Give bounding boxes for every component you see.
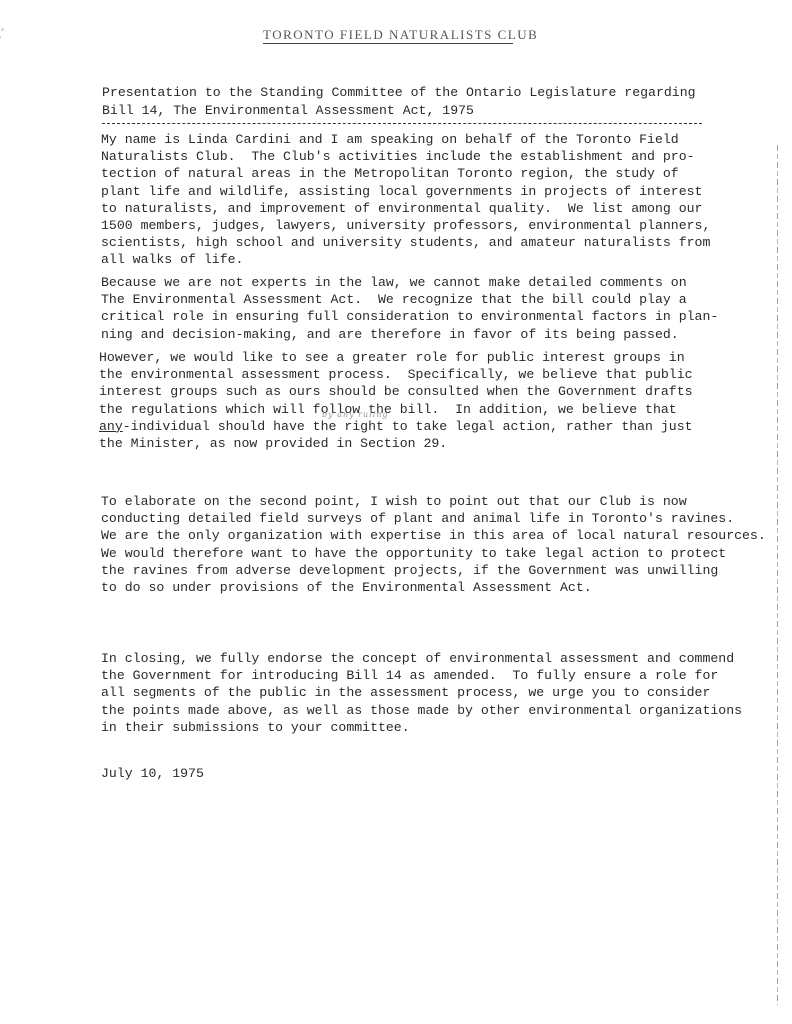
text-line: all segments of the public in the assess… [101, 684, 742, 701]
handwritten-annotation: by any ruling [322, 410, 389, 419]
text-line: 1500 members, judges, lawyers, universit… [101, 217, 710, 234]
text-line: The Environmental Assessment Act. We rec… [101, 291, 718, 308]
paragraph-elaboration: To elaborate on the second point, I wish… [101, 493, 766, 596]
text-line: in their submissions to your committee. [101, 719, 742, 736]
text-line: In closing, we fully endorse the concept… [101, 650, 742, 667]
text-line: the environmental assessment process. Sp… [99, 366, 693, 383]
paragraph-public-interest: However, we would like to see a greater … [99, 349, 693, 452]
text-line: My name is Linda Cardini and I am speaki… [101, 131, 710, 148]
text-line: all walks of life. [101, 251, 710, 268]
text-fragment: -individual should have the right to tak… [123, 419, 693, 434]
letterhead: TORONTO FIELD NATURALISTS CLUB [263, 28, 513, 44]
text-line: the Government for introducing Bill 14 a… [101, 667, 742, 684]
scan-artifact-right [777, 145, 778, 1005]
text-line: the ravines from adverse development pro… [101, 562, 766, 579]
paragraph-support: Because we are not experts in the law, w… [101, 274, 718, 343]
text-line: to do so under provisions of the Environ… [101, 579, 766, 596]
paragraph-closing: In closing, we fully endorse the concept… [101, 650, 742, 736]
text-line: critical role in ensuring full considera… [101, 308, 718, 325]
text-line: interest groups such as ours should be c… [99, 383, 693, 400]
scan-artifact-left [0, 28, 4, 248]
paragraph-introduction: My name is Linda Cardini and I am speaki… [101, 131, 710, 269]
heading-line: Presentation to the Standing Committee o… [102, 84, 702, 102]
text-line: We are the only organization with expert… [101, 527, 766, 544]
text-line: to naturalists, and improvement of envir… [101, 200, 710, 217]
text-line: the regulations which will follow the bi… [99, 401, 693, 418]
heading-line: Bill 14, The Environmental Assessment Ac… [102, 102, 702, 120]
text-line: any-individual should have the right to … [99, 418, 693, 435]
underlined-word: any [99, 419, 123, 434]
document-heading: Presentation to the Standing Committee o… [102, 84, 702, 124]
text-line: Because we are not experts in the law, w… [101, 274, 718, 291]
document-page: TORONTO FIELD NATURALISTS CLUB Presentat… [0, 0, 792, 1024]
text-line: scientists, high school and university s… [101, 234, 710, 251]
text-line: Naturalists Club. The Club's activities … [101, 148, 710, 165]
text-line: plant life and wildlife, assisting local… [101, 183, 710, 200]
text-line: ning and decision-making, and are theref… [101, 326, 718, 343]
text-line: To elaborate on the second point, I wish… [101, 493, 766, 510]
text-line: tection of natural areas in the Metropol… [101, 165, 710, 182]
text-line: However, we would like to see a greater … [99, 349, 693, 366]
text-line: conducting detailed field surveys of pla… [101, 510, 766, 527]
text-line: We would therefore want to have the oppo… [101, 545, 766, 562]
document-date: July 10, 1975 [101, 766, 204, 781]
text-line: the Minister, as now provided in Section… [99, 435, 693, 452]
text-line: the points made above, as well as those … [101, 702, 742, 719]
